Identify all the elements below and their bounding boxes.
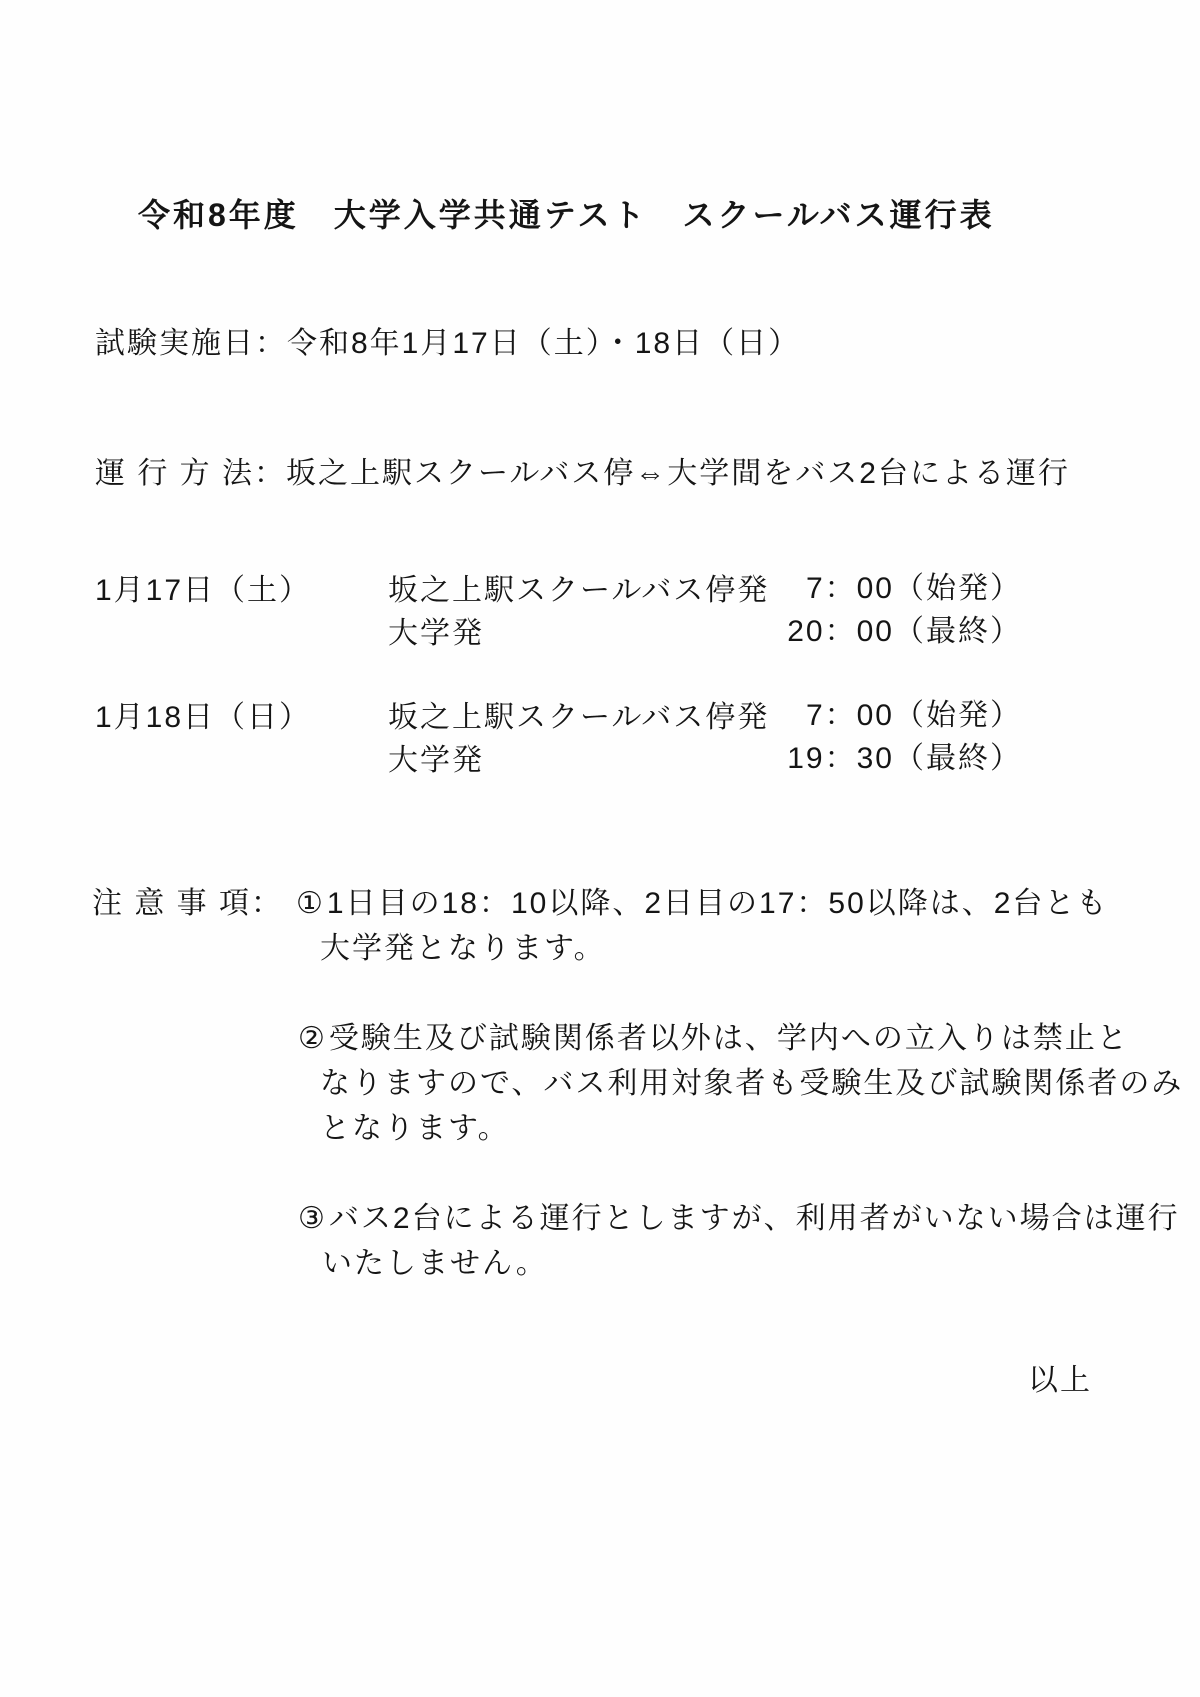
note-2-line-1-text: 受験生及び試験関係者以外は、学内への立入りは禁止と bbox=[329, 1022, 1129, 1055]
schedule-day2-date: 1月18日（日） bbox=[95, 692, 311, 736]
note-2-number: ② bbox=[298, 1022, 327, 1055]
closing-text: 以上 bbox=[1028, 1355, 1092, 1399]
operation-method-line: 運 行 方 法：坂之上駅スクールバス停⇔大学間をバス2台による運行 bbox=[95, 448, 1070, 492]
note-2-line-1: ②受験生及び試験関係者以外は、学内への立入りは禁止と bbox=[298, 1013, 1129, 1057]
note-3-line-2: いたしません。 bbox=[322, 1238, 548, 1282]
schedule-day1-row1-time: 7：00（始発） bbox=[690, 563, 1022, 607]
note-3-line-1-text: バス2台による運行としますが、利用者がいない場合は運行 bbox=[329, 1202, 1180, 1235]
document-page: 令和8年度 大学入学共通テスト スクールバス運行表 試験実施日：令和8年1月17… bbox=[0, 0, 1200, 1697]
note-2-line-3: となります。 bbox=[320, 1103, 510, 1147]
schedule-day1-row2-place: 大学発 bbox=[388, 608, 484, 652]
schedule-day2-row2-time: 19：30（最終） bbox=[690, 733, 1022, 777]
note-1-line-2: 大学発となります。 bbox=[320, 923, 606, 967]
schedule-day2-row1-time: 7：00（始発） bbox=[690, 690, 1022, 734]
exam-date-line: 試験実施日：令和8年1月17日（土）・18日（日） bbox=[95, 318, 800, 362]
schedule-day2-row2-place: 大学発 bbox=[388, 735, 484, 779]
note-3-line-1: ③バス2台による運行としますが、利用者がいない場合は運行 bbox=[298, 1193, 1180, 1237]
note-2-line-2: なりますので、バス利用対象者も受験生及び試験関係者のみ bbox=[320, 1058, 1183, 1102]
note-1-line-1: ①1日目の18：10以降、2日目の17：50以降は、2台とも bbox=[296, 878, 1108, 922]
note-3-number: ③ bbox=[298, 1202, 327, 1235]
schedule-day1-row2-time: 20：00（最終） bbox=[690, 606, 1022, 650]
page-title: 令和8年度 大学入学共通テスト スクールバス運行表 bbox=[138, 190, 995, 236]
schedule-day1-date: 1月17日（土） bbox=[95, 565, 311, 609]
notes-label: 注 意 事 項： bbox=[92, 878, 283, 922]
note-1-line-1-text: 1日目の18：10以降、2日目の17：50以降は、2台とも bbox=[327, 887, 1109, 920]
note-1-number: ① bbox=[296, 887, 325, 920]
